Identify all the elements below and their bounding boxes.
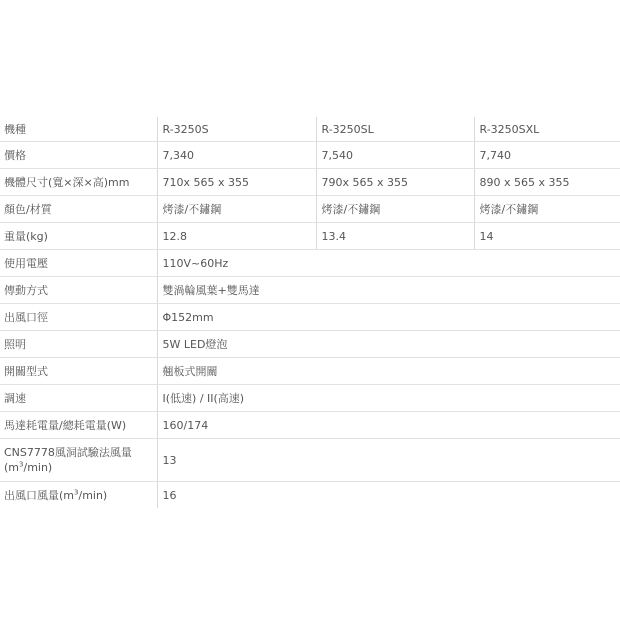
cell-weight-1: 12.8 [157, 223, 316, 250]
cell-material-2: 烤漆/不鏽鋼 [316, 196, 474, 223]
table-row-outlet-diameter: 出風口徑 Φ152mm [0, 304, 620, 331]
row-label: 出風口徑 [0, 304, 157, 331]
cell-dim-2: 790x 565 x 355 [316, 169, 474, 196]
row-label: 開關型式 [0, 358, 157, 385]
cell-price-1: 7,340 [157, 142, 316, 169]
spec-table: 機種 R-3250S R-3250SL R-3250SXL 價格 7,340 7… [0, 117, 620, 508]
row-label-line2-post: /min) [23, 461, 52, 474]
row-label: 馬達耗電量/總耗電量(W) [0, 412, 157, 439]
row-label-pre: 出風口風量(m [4, 489, 74, 502]
row-label: 照明 [0, 331, 157, 358]
table-row-voltage: 使用電壓 110V~60Hz [0, 250, 620, 277]
cell-weight-3: 14 [474, 223, 620, 250]
cell-outlet-airflow: 16 [157, 482, 620, 509]
cell-material-3: 烤漆/不鏽鋼 [474, 196, 620, 223]
row-label: 調速 [0, 385, 157, 412]
table-row-outlet-airflow: 出風口風量(m3/min) 16 [0, 482, 620, 509]
table-row-dimensions: 機體尺寸(寬×深×高)mm 710x 565 x 355 790x 565 x … [0, 169, 620, 196]
cell-switch-type: 翹板式開關 [157, 358, 620, 385]
table-row-weight: 重量(kg) 12.8 13.4 14 [0, 223, 620, 250]
cell-material-1: 烤漆/不鏽鋼 [157, 196, 316, 223]
table-row-lighting: 照明 5W LED燈泡 [0, 331, 620, 358]
row-label-line1: CNS7778風洞試驗法風量 [4, 446, 132, 459]
row-label: 機體尺寸(寬×深×高)mm [0, 169, 157, 196]
cell-lighting: 5W LED燈泡 [157, 331, 620, 358]
cell-model-1: R-3250S [157, 117, 316, 142]
row-label: 使用電壓 [0, 250, 157, 277]
cell-dim-1: 710x 565 x 355 [157, 169, 316, 196]
row-label: 重量(kg) [0, 223, 157, 250]
row-label-post: /min) [78, 489, 107, 502]
table-row-model: 機種 R-3250S R-3250SL R-3250SXL [0, 117, 620, 142]
row-label: CNS7778風洞試驗法風量 (m3/min) [0, 439, 157, 482]
cell-outlet-diameter: Φ152mm [157, 304, 620, 331]
row-label: 機種 [0, 117, 157, 142]
table-row-power: 馬達耗電量/總耗電量(W) 160/174 [0, 412, 620, 439]
table-row-cns-airflow: CNS7778風洞試驗法風量 (m3/min) 13 [0, 439, 620, 482]
cell-price-3: 7,740 [474, 142, 620, 169]
row-label: 顏色/材質 [0, 196, 157, 223]
table-row-price: 價格 7,340 7,540 7,740 [0, 142, 620, 169]
cell-dim-3: 890 x 565 x 355 [474, 169, 620, 196]
cell-cns-airflow: 13 [157, 439, 620, 482]
table-row-drive: 傳動方式 雙渦輪風葉+雙馬達 [0, 277, 620, 304]
row-label: 價格 [0, 142, 157, 169]
row-label-line2-pre: (m [4, 461, 19, 474]
cell-drive: 雙渦輪風葉+雙馬達 [157, 277, 620, 304]
cell-weight-2: 13.4 [316, 223, 474, 250]
row-label: 傳動方式 [0, 277, 157, 304]
table-row-speed: 調速 I(低速) / II(高速) [0, 385, 620, 412]
row-label: 出風口風量(m3/min) [0, 482, 157, 509]
table-row-switch-type: 開關型式 翹板式開關 [0, 358, 620, 385]
cell-voltage: 110V~60Hz [157, 250, 620, 277]
table-row-material: 顏色/材質 烤漆/不鏽鋼 烤漆/不鏽鋼 烤漆/不鏽鋼 [0, 196, 620, 223]
cell-model-3: R-3250SXL [474, 117, 620, 142]
cell-model-2: R-3250SL [316, 117, 474, 142]
cell-speed: I(低速) / II(高速) [157, 385, 620, 412]
cell-power: 160/174 [157, 412, 620, 439]
cell-price-2: 7,540 [316, 142, 474, 169]
